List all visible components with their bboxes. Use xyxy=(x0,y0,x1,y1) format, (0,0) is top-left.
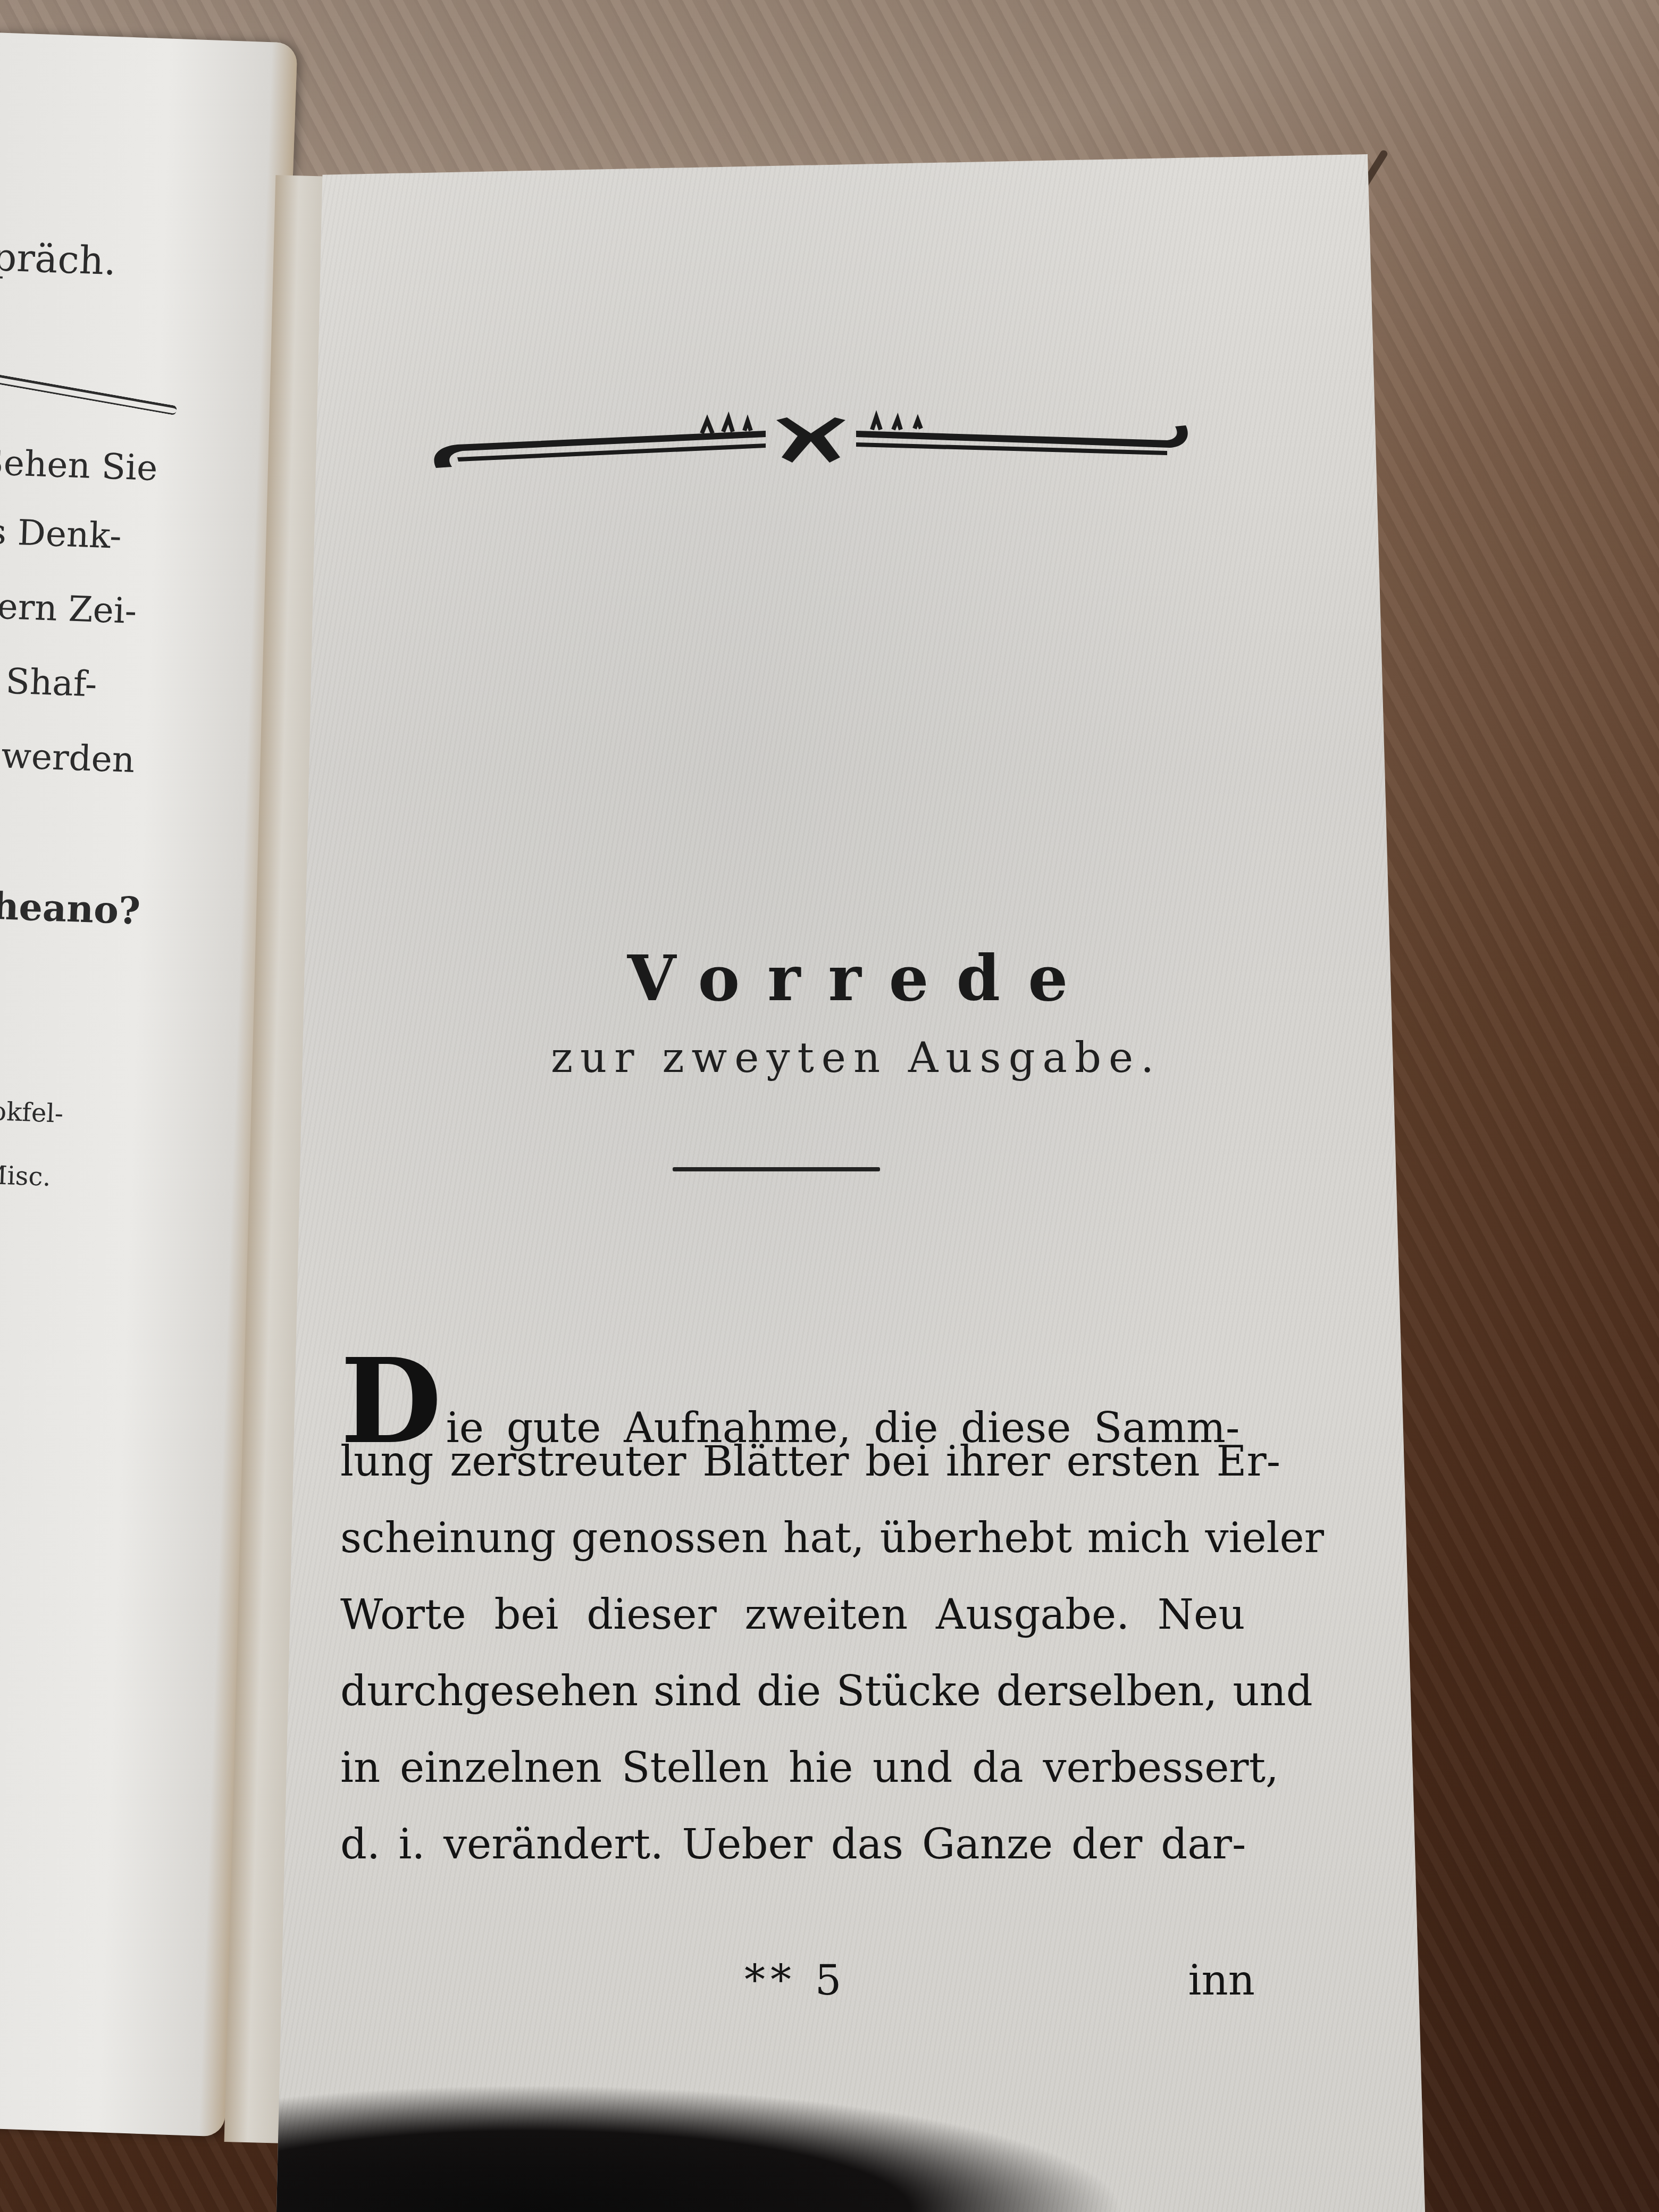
page-title: Vorrede xyxy=(276,941,1425,1015)
left-page-line: e werden xyxy=(0,734,136,781)
body-line-text: scheinung genossen hat, überhebt mich vi… xyxy=(340,1514,1324,1562)
signature-mark: ** 5 xyxy=(744,1957,847,2005)
body-line: D ie gute Aufnahme, die diese Samm- xyxy=(340,1361,1255,1438)
body-line: Worte bei dieser zweiten Ausgabe. Neu xyxy=(340,1591,1255,1668)
body-line-text: lung zerstreuter Blätter bei ihrer erste… xyxy=(340,1438,1280,1486)
page-footer: ** 5 inn xyxy=(340,1957,1255,2021)
catchword: inn xyxy=(1188,1957,1255,2005)
body-line-text: Worte bei dieser zweiten Ausgabe. Neu xyxy=(340,1591,1245,1639)
drop-cap: D xyxy=(340,1361,442,1441)
left-page-note-line: Bookfel- xyxy=(0,1095,64,1129)
main-page: Vorrede zur zweyten Ausgabe. D ie gute A… xyxy=(276,154,1425,2212)
body-line-text: durchgesehen sind die Stücke derselben, … xyxy=(340,1668,1313,1715)
left-page-line: ls Denk- xyxy=(0,510,122,556)
body-line: durchgesehen sind die Stücke derselben, … xyxy=(340,1668,1255,1744)
body-line: scheinung genossen hat, überhebt mich vi… xyxy=(340,1514,1255,1591)
body-line-text: in einzelnen Stellen hie und da verbesse… xyxy=(340,1744,1279,1792)
left-page-heading-fragment: präch. xyxy=(0,234,117,283)
left-page-line: hern Zei- xyxy=(0,585,137,632)
body-line: lung zerstreuter Blätter bei ihrer erste… xyxy=(340,1438,1255,1514)
left-page-line: n Shaf- xyxy=(0,659,98,705)
title-divider xyxy=(673,1167,880,1171)
body-line-text: d. i. verändert. Ueber das Ganze der dar… xyxy=(340,1821,1246,1869)
left-page-note-line: I, Misc. xyxy=(0,1159,52,1192)
page-bottom-shadow xyxy=(276,2084,1127,2212)
body-text: D ie gute Aufnahme, die diese Samm- lung… xyxy=(340,1361,1255,1897)
decorative-headpiece-icon xyxy=(425,404,1196,479)
left-page-rule xyxy=(0,373,177,415)
page-subtitle: zur zweyten Ausgabe. xyxy=(276,1034,1425,1082)
body-line: d. i. verändert. Ueber das Ganze der dar… xyxy=(340,1821,1255,1897)
body-line: in einzelnen Stellen hie und da verbesse… xyxy=(340,1744,1255,1821)
left-page-line: Sehen Sie xyxy=(0,442,158,489)
left-page-line: Theano? xyxy=(0,883,141,933)
